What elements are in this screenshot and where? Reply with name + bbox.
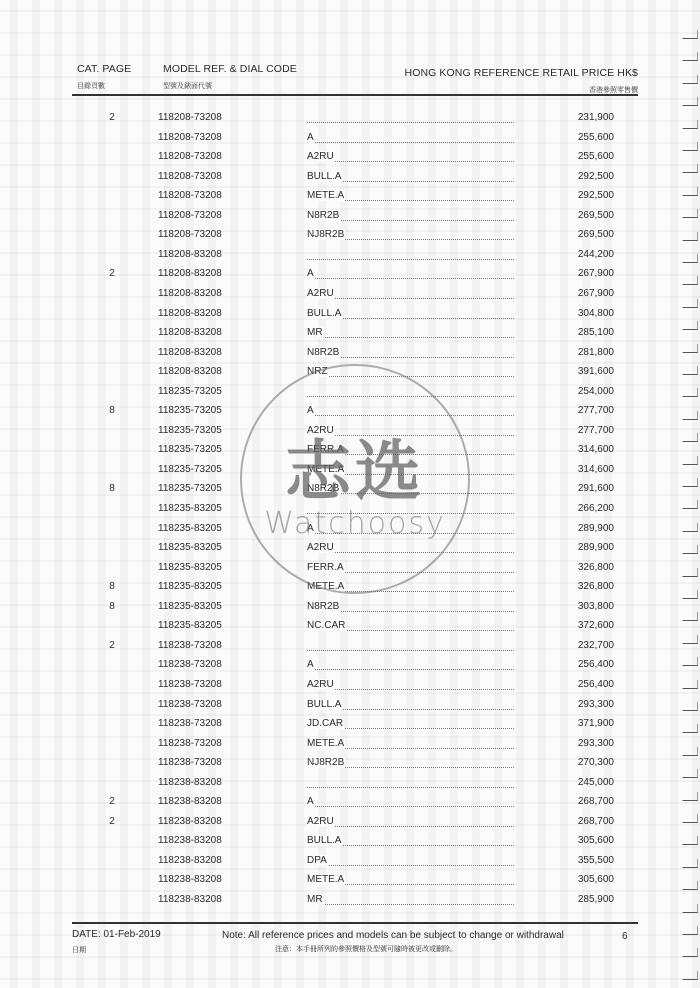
model-ref: 118208-73208 xyxy=(158,132,222,143)
tick-mark xyxy=(682,366,698,375)
price: 293,300 xyxy=(578,738,614,749)
dial-code: METE.A xyxy=(307,464,345,475)
tick-mark xyxy=(682,612,698,621)
price: 372,600 xyxy=(578,620,614,631)
tick-mark xyxy=(682,344,698,353)
price: 289,900 xyxy=(578,523,614,534)
leader-dots xyxy=(307,122,514,123)
price: 270,300 xyxy=(578,757,614,768)
page-number: 6 xyxy=(622,931,628,942)
cat-page: 2 xyxy=(104,268,120,279)
cat-page: 2 xyxy=(104,112,120,123)
table-row: 118208-73208METE.A292,500 xyxy=(0,190,700,210)
table-row: 118238-83208BULL.A305,600 xyxy=(0,835,700,855)
model-ref: 118235-73205 xyxy=(158,444,222,455)
cat-page: 2 xyxy=(104,640,120,651)
price: 289,900 xyxy=(578,542,614,553)
tick-mark xyxy=(682,859,698,868)
leader-dots xyxy=(307,787,514,788)
model-ref: 118235-83205 xyxy=(158,523,222,534)
leader-dots xyxy=(307,552,514,553)
leader-dots xyxy=(307,904,514,905)
price: 256,400 xyxy=(578,679,614,690)
footer-date-zh: 日期 xyxy=(72,945,86,955)
leader-dots xyxy=(307,298,514,299)
model-ref: 118235-73205 xyxy=(158,464,222,475)
leader-dots xyxy=(307,435,514,436)
model-ref: 118208-83208 xyxy=(158,249,222,260)
tick-mark xyxy=(682,926,698,935)
table-row: 118235-83205NC.CAR372,600 xyxy=(0,620,700,640)
leader-dots xyxy=(307,669,514,670)
model-ref: 118208-73208 xyxy=(158,112,222,123)
table-row: 118238-73208NJ8R2B270,300 xyxy=(0,757,700,777)
cat-page: 8 xyxy=(104,483,120,494)
model-ref: 118208-83208 xyxy=(158,268,222,279)
dial-code: METE.A xyxy=(307,738,345,749)
table-row: 118235-83205A2RU289,900 xyxy=(0,542,700,562)
price: 355,500 xyxy=(578,855,614,866)
tick-mark xyxy=(682,142,698,151)
price: 267,900 xyxy=(578,288,614,299)
table-row: 2118238-83208A2RU268,700 xyxy=(0,816,700,836)
price: 314,600 xyxy=(578,464,614,475)
table-row: 118235-73205A2RU277,700 xyxy=(0,425,700,445)
tick-mark xyxy=(682,187,698,196)
tick-mark xyxy=(682,321,698,330)
dial-code: A2RU xyxy=(307,288,335,299)
table-row: 8118235-83205METE.A326,800 xyxy=(0,581,700,601)
dial-code: N8R2B xyxy=(307,483,340,494)
table-row: 118238-83208MR285,900 xyxy=(0,894,700,914)
tick-mark xyxy=(682,523,698,532)
dial-code: METE.A xyxy=(307,581,345,592)
table-row: 2118238-83208A268,700 xyxy=(0,796,700,816)
model-ref: 118238-83208 xyxy=(158,816,222,827)
price: 326,800 xyxy=(578,562,614,573)
price: 277,700 xyxy=(578,425,614,436)
table-row: 118238-73208JD.CAR371,900 xyxy=(0,718,700,738)
price: 268,700 xyxy=(578,796,614,807)
table-row: 118238-73208BULL.A293,300 xyxy=(0,699,700,719)
price: 285,900 xyxy=(578,894,614,905)
leader-dots xyxy=(307,396,514,397)
model-ref: 118238-83208 xyxy=(158,796,222,807)
leader-dots xyxy=(307,513,514,514)
model-ref: 118238-83208 xyxy=(158,894,222,905)
leader-dots xyxy=(307,415,514,416)
tick-mark xyxy=(682,680,698,689)
table-row: 118208-83208A2RU267,900 xyxy=(0,288,700,308)
table-row: 118208-73208BULL.A292,500 xyxy=(0,171,700,191)
dial-code: N8R2B xyxy=(307,601,340,612)
tick-mark xyxy=(682,209,698,218)
table-row: 118208-83208BULL.A304,800 xyxy=(0,308,700,328)
header-model-en: MODEL REF. & DIAL CODE xyxy=(163,63,297,75)
table-row: 118238-83208245,000 xyxy=(0,777,700,797)
tick-mark xyxy=(682,814,698,823)
dial-code: A2RU xyxy=(307,151,335,162)
model-ref: 118235-83205 xyxy=(158,542,222,553)
table-row: 8118235-73205N8R2B291,600 xyxy=(0,483,700,503)
tick-mark xyxy=(682,97,698,106)
price: 305,600 xyxy=(578,835,614,846)
leader-dots xyxy=(307,533,514,534)
tick-mark xyxy=(682,164,698,173)
tick-mark xyxy=(682,590,698,599)
price: 326,800 xyxy=(578,581,614,592)
dial-code: A2RU xyxy=(307,542,335,553)
price: 269,500 xyxy=(578,210,614,221)
dial-code: A xyxy=(307,796,315,807)
tick-mark xyxy=(682,904,698,913)
table-row: 118238-83208DPA355,500 xyxy=(0,855,700,875)
model-ref: 118208-73208 xyxy=(158,190,222,201)
tick-mark xyxy=(682,276,698,285)
dial-code: NRZ xyxy=(307,366,329,377)
price: 303,800 xyxy=(578,601,614,612)
price: 245,000 xyxy=(578,777,614,788)
price: 277,700 xyxy=(578,405,614,416)
model-ref: 118238-83208 xyxy=(158,874,222,885)
tick-mark xyxy=(682,254,698,263)
table-row: 118238-73208A256,400 xyxy=(0,659,700,679)
header-rule xyxy=(72,94,638,96)
tick-mark xyxy=(682,232,698,241)
price: 291,600 xyxy=(578,483,614,494)
tick-mark xyxy=(682,747,698,756)
dial-code: DPA xyxy=(307,855,328,866)
price: 268,700 xyxy=(578,816,614,827)
model-ref: 118235-83205 xyxy=(158,601,222,612)
model-ref: 118238-83208 xyxy=(158,855,222,866)
leader-dots xyxy=(307,689,514,690)
tick-mark xyxy=(682,478,698,487)
price: 292,500 xyxy=(578,190,614,201)
table-row: 2118238-73208232,700 xyxy=(0,640,700,660)
table-row: 118235-83205266,200 xyxy=(0,503,700,523)
table-row: 118208-73208NJ8R2B269,500 xyxy=(0,229,700,249)
model-ref: 118235-73205 xyxy=(158,405,222,416)
leader-dots xyxy=(307,142,514,143)
dial-code: BULL.A xyxy=(307,699,342,710)
header-price: HONG KONG REFERENCE RETAIL PRICE HK$ 香港參… xyxy=(405,67,638,95)
tick-mark xyxy=(682,568,698,577)
price: 269,500 xyxy=(578,229,614,240)
tick-mark xyxy=(682,411,698,420)
price: 293,300 xyxy=(578,699,614,710)
model-ref: 118208-83208 xyxy=(158,366,222,377)
cat-page: 2 xyxy=(104,796,120,807)
price: 281,800 xyxy=(578,347,614,358)
dial-code: N8R2B xyxy=(307,347,340,358)
table-row: 118208-83208NRZ391,600 xyxy=(0,366,700,386)
table-row: 118235-73205254,000 xyxy=(0,386,700,406)
price: 256,400 xyxy=(578,659,614,670)
dial-code: A2RU xyxy=(307,425,335,436)
model-ref: 118208-83208 xyxy=(158,347,222,358)
price: 244,200 xyxy=(578,249,614,260)
table-row: 118235-73205METE.A314,600 xyxy=(0,464,700,484)
tick-mark xyxy=(682,702,698,711)
price: 255,600 xyxy=(578,151,614,162)
model-ref: 118208-73208 xyxy=(158,171,222,182)
tick-mark xyxy=(682,120,698,129)
table-row: 2118208-83208A267,900 xyxy=(0,268,700,288)
tick-mark xyxy=(682,971,698,980)
header-cat-page-en: CAT. PAGE xyxy=(77,63,131,75)
table-row: 118208-83208MR285,100 xyxy=(0,327,700,347)
leader-dots xyxy=(307,826,514,827)
table-row: 2118208-73208231,900 xyxy=(0,112,700,132)
model-ref: 118208-83208 xyxy=(158,308,222,319)
tick-mark xyxy=(682,388,698,397)
tick-mark xyxy=(682,52,698,61)
leader-dots xyxy=(307,278,514,279)
dial-code: MR xyxy=(307,327,324,338)
price: 304,800 xyxy=(578,308,614,319)
header-model-zh: 型號及錶面代號 xyxy=(163,81,297,91)
dial-code: METE.A xyxy=(307,190,345,201)
cat-page: 2 xyxy=(104,816,120,827)
model-ref: 118208-73208 xyxy=(158,151,222,162)
cat-page: 8 xyxy=(104,405,120,416)
dial-code: BULL.A xyxy=(307,308,342,319)
tick-mark xyxy=(682,299,698,308)
price: 371,900 xyxy=(578,718,614,729)
tick-mark xyxy=(682,30,698,39)
tick-mark xyxy=(682,792,698,801)
tick-mark xyxy=(682,769,698,778)
model-ref: 118235-73205 xyxy=(158,483,222,494)
dial-code: BULL.A xyxy=(307,835,342,846)
tick-mark xyxy=(682,881,698,890)
dial-code: A2RU xyxy=(307,816,335,827)
leader-dots xyxy=(307,161,514,162)
model-ref: 118238-73208 xyxy=(158,659,222,670)
table-row: 118235-83205A289,900 xyxy=(0,523,700,543)
price: 266,200 xyxy=(578,503,614,514)
tick-mark xyxy=(682,75,698,84)
price: 391,600 xyxy=(578,366,614,377)
table-row: 118235-83205FERR.A326,800 xyxy=(0,562,700,582)
dial-code: A xyxy=(307,659,315,670)
edge-tick-marks xyxy=(678,0,700,988)
table-row: 118208-73208A2RU255,600 xyxy=(0,151,700,171)
table-row: 118208-73208A255,600 xyxy=(0,132,700,152)
model-ref: 118235-83205 xyxy=(158,620,222,631)
model-ref: 118238-83208 xyxy=(158,777,222,788)
tick-mark xyxy=(682,836,698,845)
table-row: 118235-73205FERR.A314,600 xyxy=(0,444,700,464)
model-ref: 118238-73208 xyxy=(158,640,222,651)
leader-dots xyxy=(307,376,514,377)
dial-code: A2RU xyxy=(307,679,335,690)
model-ref: 118238-73208 xyxy=(158,679,222,690)
price: 232,700 xyxy=(578,640,614,651)
tick-mark xyxy=(682,657,698,666)
cat-page: 8 xyxy=(104,581,120,592)
tick-mark xyxy=(682,545,698,554)
tick-mark xyxy=(682,724,698,733)
leader-dots xyxy=(307,806,514,807)
dial-code: NJ8R2B xyxy=(307,757,345,768)
table-row: 8118235-73205A277,700 xyxy=(0,405,700,425)
header-cat-page: CAT. PAGE 目錄頁數 xyxy=(77,63,131,91)
tick-mark xyxy=(682,500,698,509)
table-row: 118238-73208METE.A293,300 xyxy=(0,738,700,758)
table-row: 118208-73208N8R2B269,500 xyxy=(0,210,700,230)
model-ref: 118208-73208 xyxy=(158,210,222,221)
header-price-en: HONG KONG REFERENCE RETAIL PRICE HK$ xyxy=(405,67,638,79)
tick-mark xyxy=(682,433,698,442)
model-ref: 118238-83208 xyxy=(158,835,222,846)
footer-note-zh: 注意：本手冊所列的參照價格及型號可隨時被更改或刪除。 xyxy=(275,944,457,954)
table-row: 118238-73208A2RU256,400 xyxy=(0,679,700,699)
model-ref: 118208-73208 xyxy=(158,229,222,240)
leader-dots xyxy=(307,865,514,866)
dial-code: MR xyxy=(307,894,324,905)
cat-page: 8 xyxy=(104,601,120,612)
price: 285,100 xyxy=(578,327,614,338)
dial-code: A xyxy=(307,405,315,416)
footer-rule xyxy=(72,922,638,924)
model-ref: 118208-83208 xyxy=(158,288,222,299)
price: 231,900 xyxy=(578,112,614,123)
dial-code: NC.CAR xyxy=(307,620,346,631)
footer-date: DATE: 01-Feb-2019 xyxy=(72,929,161,940)
table-row: 118238-83208METE.A305,600 xyxy=(0,874,700,894)
model-ref: 118238-73208 xyxy=(158,718,222,729)
model-ref: 118235-83205 xyxy=(158,581,222,592)
model-ref: 118238-73208 xyxy=(158,738,222,749)
price: 305,600 xyxy=(578,874,614,885)
header-cat-page-zh: 目錄頁數 xyxy=(77,81,131,91)
dial-code: A xyxy=(307,523,315,534)
tick-mark xyxy=(682,635,698,644)
dial-code: BULL.A xyxy=(307,171,342,182)
model-ref: 118235-83205 xyxy=(158,503,222,514)
dial-code: NJ8R2B xyxy=(307,229,345,240)
model-ref: 118235-83205 xyxy=(158,562,222,573)
tick-mark xyxy=(682,948,698,957)
model-ref: 118235-73205 xyxy=(158,386,222,397)
model-ref: 118238-73208 xyxy=(158,757,222,768)
table-row: 118208-83208244,200 xyxy=(0,249,700,269)
dial-code: FERR.A xyxy=(307,562,345,573)
price: 254,000 xyxy=(578,386,614,397)
price: 292,500 xyxy=(578,171,614,182)
dial-code: METE.A xyxy=(307,874,345,885)
header-model: MODEL REF. & DIAL CODE 型號及錶面代號 xyxy=(163,63,297,91)
table-row: 8118235-83205N8R2B303,800 xyxy=(0,601,700,621)
model-ref: 118208-83208 xyxy=(158,327,222,338)
dial-code: N8R2B xyxy=(307,210,340,221)
model-ref: 118238-73208 xyxy=(158,699,222,710)
model-ref: 118235-73205 xyxy=(158,425,222,436)
dial-code: JD.CAR xyxy=(307,718,344,729)
price: 267,900 xyxy=(578,268,614,279)
dial-code: A xyxy=(307,132,315,143)
leader-dots xyxy=(307,650,514,651)
dial-code: FERR.A xyxy=(307,444,345,455)
tick-mark xyxy=(682,456,698,465)
leader-dots xyxy=(307,259,514,260)
price: 314,600 xyxy=(578,444,614,455)
price: 255,600 xyxy=(578,132,614,143)
leader-dots xyxy=(307,337,514,338)
table-row: 118208-83208N8R2B281,800 xyxy=(0,347,700,367)
footer-note: Note: All reference prices and models ca… xyxy=(222,930,564,941)
dial-code: A xyxy=(307,268,315,279)
